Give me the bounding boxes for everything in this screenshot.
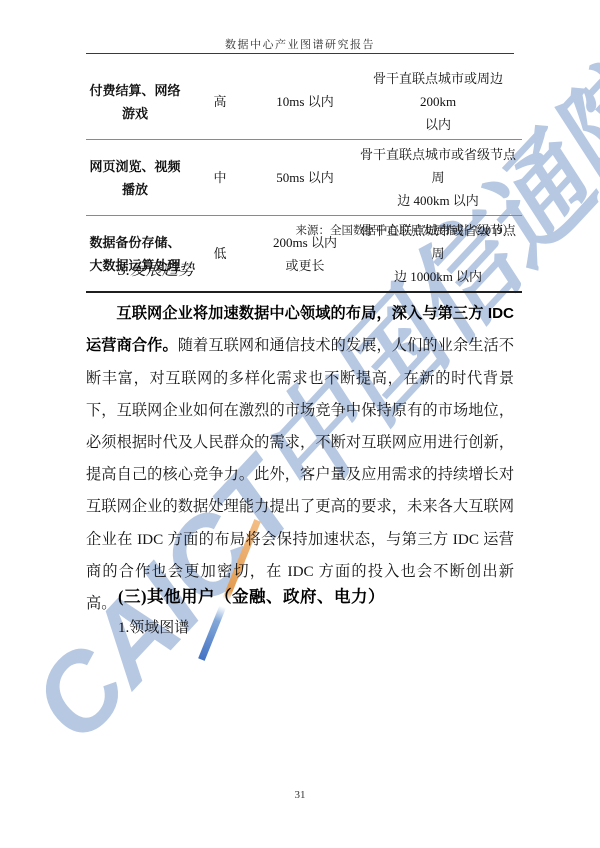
section-heading-trend: 3.发展趋势 [118,257,194,280]
table-row: 网页浏览、视频 播放 中 50ms 以内 骨干直联点城市或省级节点周 边 400… [86,140,522,216]
table-source-note: 来源：全国数据中心应用发展指引（2019） [86,222,514,238]
table-cell-latency: 10ms 以内 [256,64,354,140]
table-cell-level: 中 [184,140,256,216]
table-cell-level: 高 [184,64,256,140]
section-heading-domain-map: 1.领域图谱 [118,616,189,637]
table-cell-location: 骨干直联点城市或周边 200km 以内 [354,64,522,140]
table-cell-application: 网页浏览、视频 播放 [86,140,184,216]
content-layer: 数据中心产业图谱研究报告 付费结算、网络 游戏 高 10ms 以内 骨干直联点城… [0,0,600,848]
table-cell-location: 骨干直联点城市或省级节点周 边 400km 以内 [354,140,522,216]
table-cell-latency: 50ms 以内 [256,140,354,216]
section-heading-other-users: (三)其他用户（金融、政府、电力） [118,583,385,607]
table-cell-application: 付费结算、网络 游戏 [86,64,184,140]
header-divider [86,53,514,54]
paragraph-body-text: 随着互联网和通信技术的发展，人们的业余生活不断丰富，对互联网的多样化需求也不断提… [86,337,514,612]
body-paragraph: 互联网企业将加速数据中心领域的布局，深入与第三方 IDC 运营商合作。随着互联网… [86,298,514,620]
table-row: 付费结算、网络 游戏 高 10ms 以内 骨干直联点城市或周边 200km 以内 [86,64,522,140]
page-header-title: 数据中心产业图谱研究报告 [0,36,600,52]
document-page: CAICT中国信通院 数据中心产业图谱研究报告 付费结算、网络 游戏 高 10m… [0,0,600,848]
page-number: 31 [0,789,600,801]
